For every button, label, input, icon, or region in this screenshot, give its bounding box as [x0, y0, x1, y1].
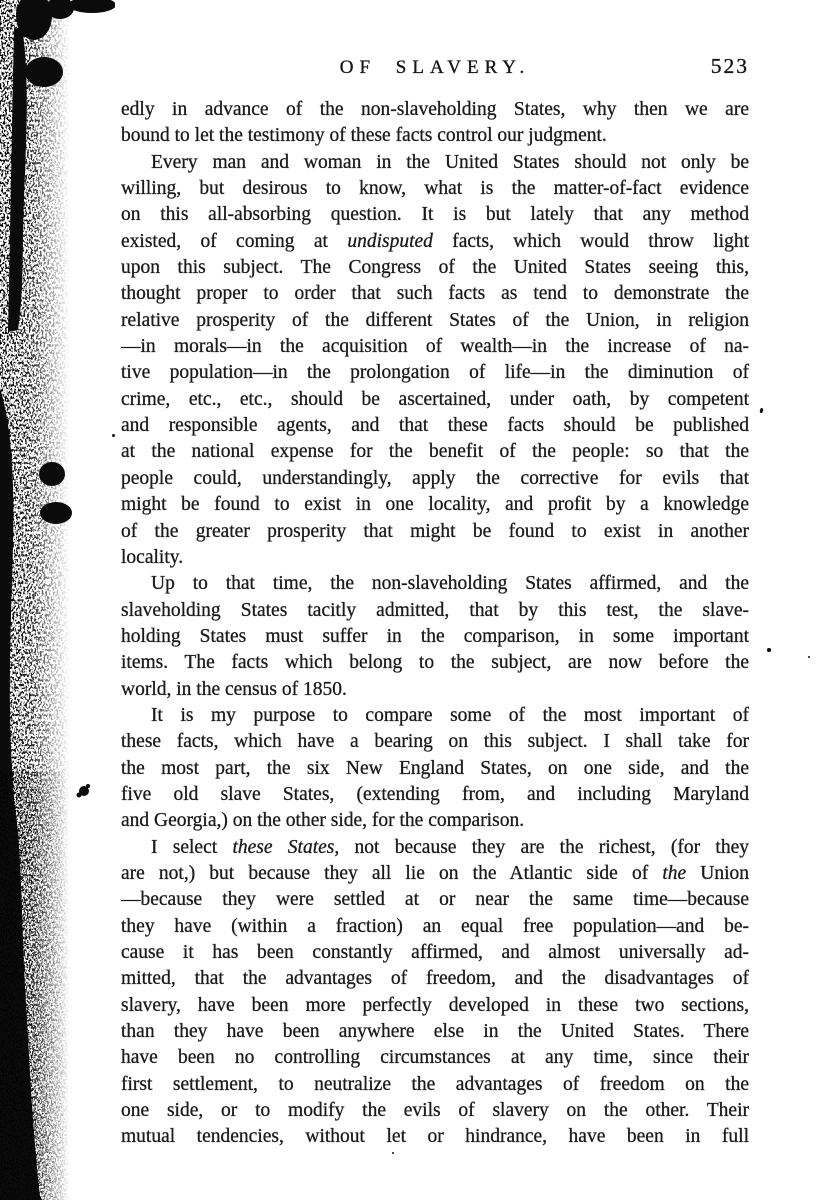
text-line: items. The facts which belong to the sub…	[121, 650, 749, 676]
text-line: holding States must suffer in the compar…	[121, 624, 749, 650]
text-line: mutual tendencies, without let or hindra…	[121, 1124, 749, 1150]
text-line: tive population—in the prolongation of l…	[121, 360, 749, 386]
text-line: on this all-absorbing question. It is bu…	[121, 202, 749, 228]
text-line: existed, of coming at undisputed facts, …	[121, 229, 749, 255]
text-line: —in morals—in the acquisition of wealth—…	[121, 334, 749, 360]
text-line: Up to that time, the non-slaveholding St…	[121, 571, 749, 597]
text-line: slavery, have been more perfectly develo…	[121, 993, 749, 1019]
ink-speck	[759, 408, 763, 413]
text-line: locality.	[121, 545, 749, 571]
body-text: edly in advance of the non-slaveholding …	[121, 97, 749, 1151]
text-line: bound to let the testimony of these fact…	[121, 123, 749, 149]
ink-speck	[392, 1152, 394, 1154]
text-line: cause it has been constantly affirmed, a…	[121, 940, 749, 966]
text-line: and responsible agents, and that these f…	[121, 413, 749, 439]
text-line: than they have been anywhere else in the…	[121, 1019, 749, 1045]
book-page-scan: OF SLAVERY. 523 edly in advance of the n…	[0, 0, 825, 1200]
text-line: these facts, which have a bearing on thi…	[121, 729, 749, 755]
ink-speck	[767, 648, 771, 652]
text-line: It is my purpose to compare some of the …	[121, 703, 749, 729]
text-line: first settlement, to neutralize the adva…	[121, 1072, 749, 1098]
text-line: slaveholding States tacitly admitted, th…	[121, 598, 749, 624]
text-line: upon this subject. The Congress of the U…	[121, 255, 749, 281]
text-line: and Georgia,) on the other side, for the…	[121, 808, 749, 834]
binding-gutter-artifact	[0, 0, 115, 1200]
text-line: thought proper to order that such facts …	[121, 281, 749, 307]
text-line: I select these States, not because they …	[121, 835, 749, 861]
text-line: —because they were settled at or near th…	[121, 887, 749, 913]
text-line: are not,) but because they all lie on th…	[121, 861, 749, 887]
text-line: crime, etc., etc., should be ascertained…	[121, 387, 749, 413]
text-line: world, in the census of 1850.	[121, 677, 749, 703]
text-line: one side, or to modify the evils of slav…	[121, 1098, 749, 1124]
text-line: mitted, that the advantages of freedom, …	[121, 966, 749, 992]
text-line: people could, understandingly, apply the…	[121, 466, 749, 492]
text-line: have been no controlling circumstances a…	[121, 1045, 749, 1071]
text-line: might be found to exist in one locality,…	[121, 492, 749, 518]
ink-speck	[112, 434, 115, 437]
text-line: at the national expense for the benefit …	[121, 439, 749, 465]
text-line: edly in advance of the non-slaveholding …	[121, 97, 749, 123]
ink-speck	[808, 656, 810, 658]
text-line: relative prosperity of the different Sta…	[121, 308, 749, 334]
text-line: Every man and woman in the United States…	[121, 150, 749, 176]
running-title: OF SLAVERY.	[121, 57, 749, 79]
text-line: willing, but desirous to know, what is t…	[121, 176, 749, 202]
text-line: five old slave States, (extending from, …	[121, 782, 749, 808]
text-line: the most part, the six New England State…	[121, 756, 749, 782]
page-header: OF SLAVERY. 523	[121, 57, 749, 85]
page-number: 523	[711, 54, 749, 79]
text-line: they have (within a fraction) an equal f…	[121, 914, 749, 940]
text-line: of the greater prosperity that might be …	[121, 519, 749, 545]
